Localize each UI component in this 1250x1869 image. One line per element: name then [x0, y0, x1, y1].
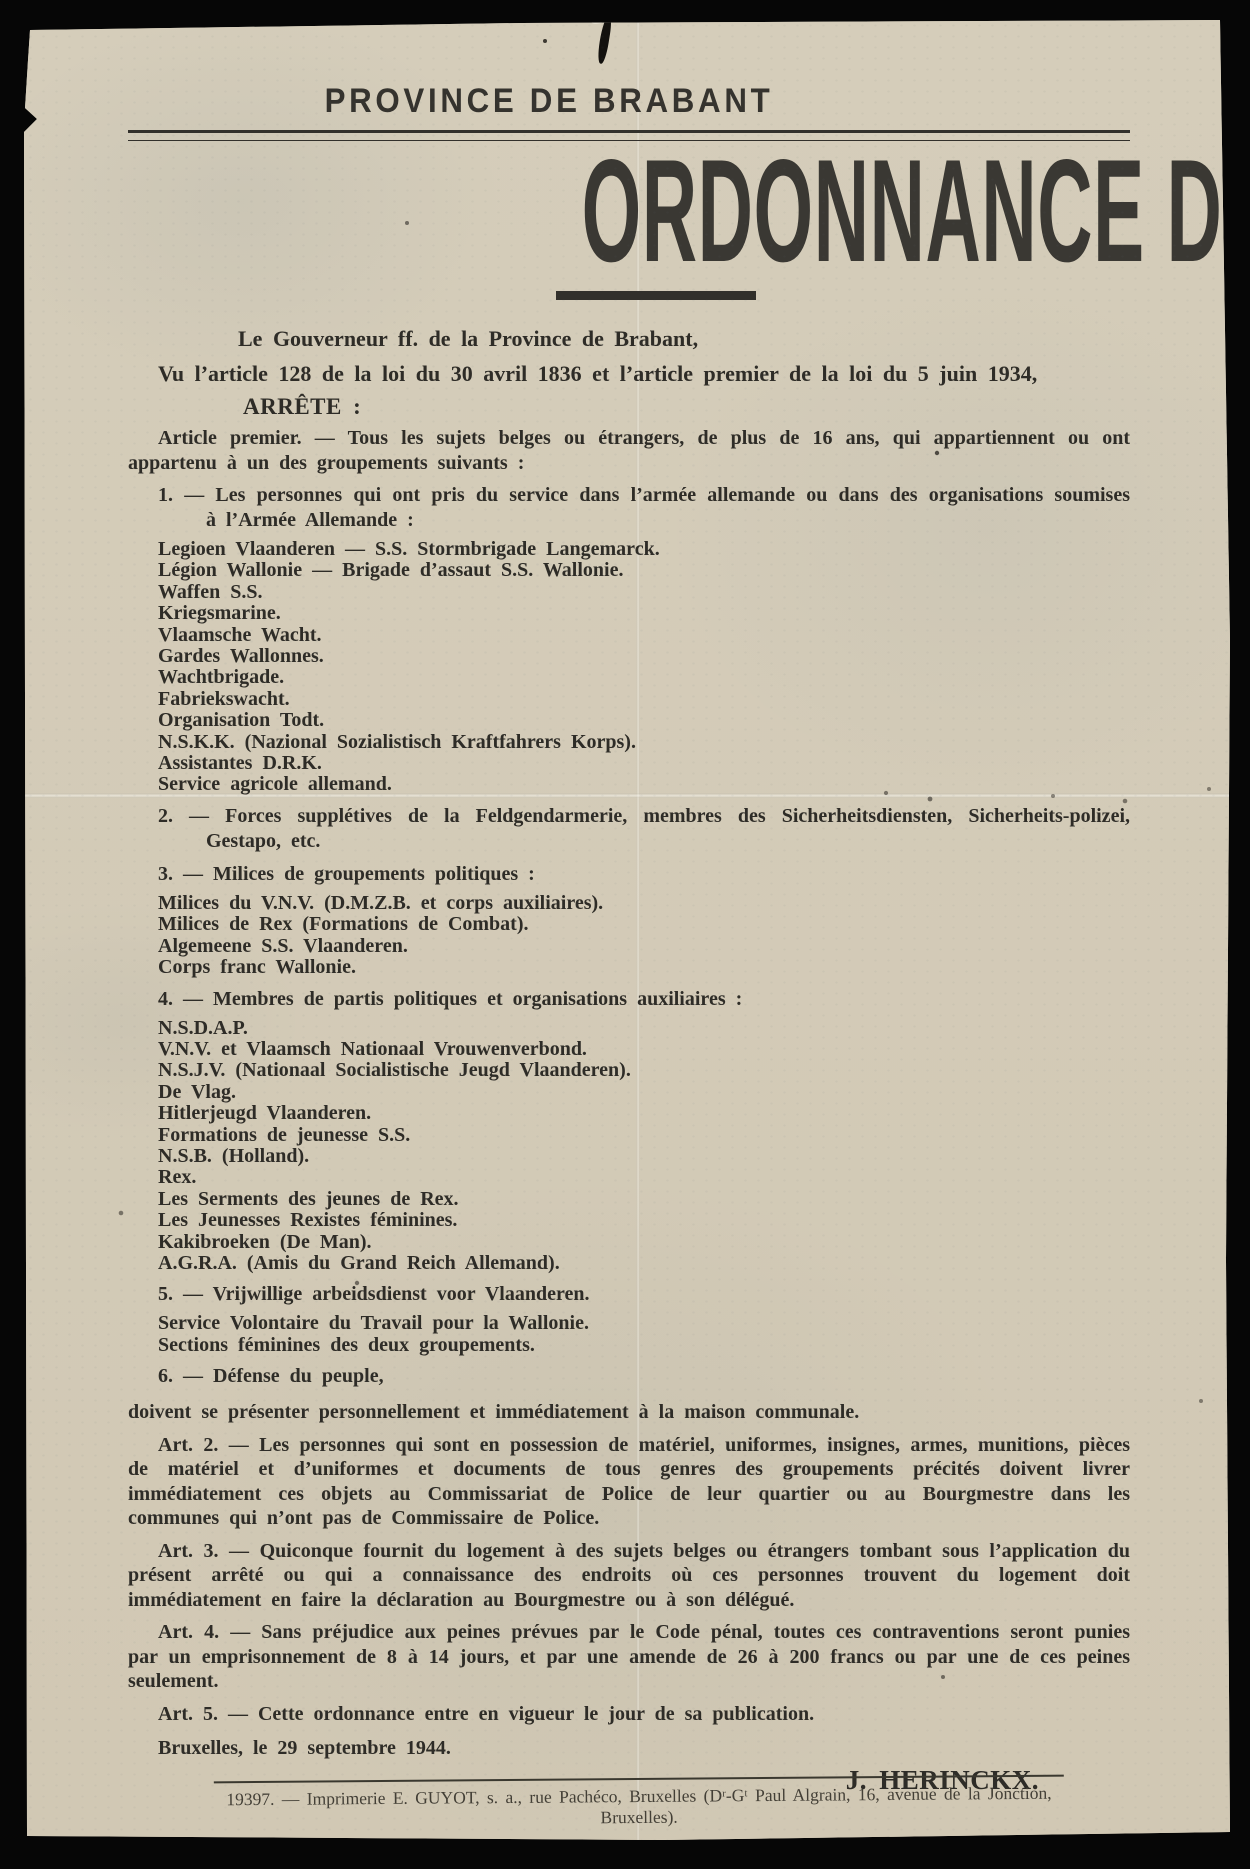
list-item: Les Jeunesses Rexistes féminines.: [158, 1210, 1130, 1231]
list-item: N.S.D.A.P.: [158, 1018, 1130, 1039]
dust-specks: [24, 20, 26, 22]
decree-heading: ARRÊTE :: [243, 394, 1130, 420]
group-heading: 5. — Vrijwillige arbeidsdienst voor Vlaa…: [158, 1282, 1130, 1307]
list-item: Milices du V.N.V. (D.M.Z.B. et corps aux…: [158, 893, 1130, 914]
group-5: 5. — Vrijwillige arbeidsdienst voor Vlaa…: [158, 1282, 1130, 1356]
article-paragraph-5: Art. 5. — Cette ordonnance entre en vigu…: [128, 1702, 1130, 1727]
list-item: Organisation Todt.: [158, 710, 1130, 731]
group-4: 4. — Membres de partis politiques et org…: [158, 987, 1130, 1275]
closing-line: doivent se présenter personnellement et …: [128, 1400, 1130, 1425]
ordinance-body: Le Gouverneur ff. de la Province de Brab…: [128, 326, 1130, 1795]
province-heading: PROVINCE DE BRABANT: [88, 82, 1010, 121]
list-item: Les Serments des jeunes de Rex.: [158, 1189, 1130, 1210]
scan-background: PROVINCE DE BRABANT ORDONNANCE DE POLICE…: [0, 0, 1250, 1869]
list-item: V.N.V. et Vlaamsch Nationaal Vrouwenverb…: [158, 1039, 1130, 1060]
list-item: N.S.B. (Holland).: [158, 1146, 1130, 1167]
group-heading: 2. — Forces supplétives de la Feldgendar…: [158, 804, 1130, 854]
title-divider-rule: [556, 291, 756, 300]
printer-imprint: 19397. — Imprimerie E. GUYOT, s. a., rue…: [214, 1783, 1064, 1832]
imprint-footer: 19397. — Imprimerie E. GUYOT, s. a., rue…: [214, 1775, 1064, 1832]
list-item: Algemeene S.S. Vlaanderen.: [158, 936, 1130, 957]
list-item: Kakibroeken (De Man).: [158, 1232, 1130, 1253]
list-item: De Vlag.: [158, 1082, 1130, 1103]
poster-title-text: ORDONNANCE DE POLICE: [582, 155, 1250, 267]
preamble-paragraph: Vu l’article 128 de la loi du 30 avril 1…: [128, 361, 1130, 387]
list-item: Wachtbrigade.: [158, 667, 1130, 688]
group-3: 3. — Milices de groupements politiques :…: [158, 862, 1130, 979]
list-item: Sections féminines des deux groupements.: [158, 1335, 1130, 1356]
list-item: Gardes Wallonnes.: [158, 646, 1130, 667]
article-paragraph-4: Art. 4. — Sans préjudice aux peines prév…: [128, 1620, 1130, 1694]
list-item: Hitlerjeugd Vlaanderen.: [158, 1103, 1130, 1124]
list-item: N.S.J.V. (Nationaal Socialistische Jeugd…: [158, 1060, 1130, 1081]
list-item: A.G.R.A. (Amis du Grand Reich Allemand).: [158, 1253, 1130, 1274]
group-6: 6. — Défense du peuple,: [158, 1364, 1130, 1389]
dateline: Bruxelles, le 29 septembre 1944.: [158, 1735, 1130, 1761]
list-item: Legioen Vlaanderen — S.S. Stormbrigade L…: [158, 539, 1130, 560]
list-item: Milices de Rex (Formations de Combat).: [158, 914, 1130, 935]
list-item: Corps franc Wallonie.: [158, 957, 1130, 978]
article-paragraph-2: Art. 2. — Les personnes qui sont en poss…: [128, 1433, 1130, 1531]
group-1: 1. — Les personnes qui ont pris du servi…: [158, 483, 1130, 796]
list-item: N.S.K.K. (Nazional Sozialistisch Kraftfa…: [158, 732, 1130, 753]
list-item: Waffen S.S.: [158, 582, 1130, 603]
poster-content: PROVINCE DE BRABANT ORDONNANCE DE POLICE…: [128, 20, 1130, 1795]
group-heading: 3. — Milices de groupements politiques :: [158, 862, 1130, 887]
list-item: Vlaamsche Wacht.: [158, 625, 1130, 646]
group-heading: 1. — Les personnes qui ont pris du servi…: [158, 483, 1130, 533]
group-list: 1. — Les personnes qui ont pris du servi…: [128, 483, 1130, 1389]
articles-list: Art. 2. — Les personnes qui sont en poss…: [128, 1433, 1130, 1727]
salutation-line: Le Gouverneur ff. de la Province de Brab…: [238, 326, 1130, 352]
list-item: Formations de jeunesse S.S.: [158, 1125, 1130, 1146]
list-item: Service Volontaire du Travail pour la Wa…: [158, 1313, 1130, 1334]
article-1-intro: Article premier. — Tous les sujets belge…: [128, 426, 1130, 475]
list-item: Fabriekswacht.: [158, 689, 1130, 710]
poster-header: PROVINCE DE BRABANT ORDONNANCE DE POLICE: [128, 82, 1130, 300]
list-item: Légion Wallonie — Brigade d’assaut S.S. …: [158, 560, 1130, 581]
list-item: Kriegsmarine.: [158, 603, 1130, 624]
article-paragraph-3: Art. 3. — Quiconque fournit du logement …: [128, 1539, 1130, 1613]
poster-paper: PROVINCE DE BRABANT ORDONNANCE DE POLICE…: [24, 20, 1230, 1840]
list-item: Assistantes D.R.K.: [158, 753, 1130, 774]
group-2: 2. — Forces supplétives de la Feldgendar…: [158, 804, 1130, 854]
group-heading: 6. — Défense du peuple,: [158, 1364, 1130, 1389]
group-heading: 4. — Membres de partis politiques et org…: [158, 987, 1130, 1012]
poster-title: ORDONNANCE DE POLICE: [128, 155, 1130, 273]
list-item: Rex.: [158, 1167, 1130, 1188]
list-item: Service agricole allemand.: [158, 774, 1130, 795]
